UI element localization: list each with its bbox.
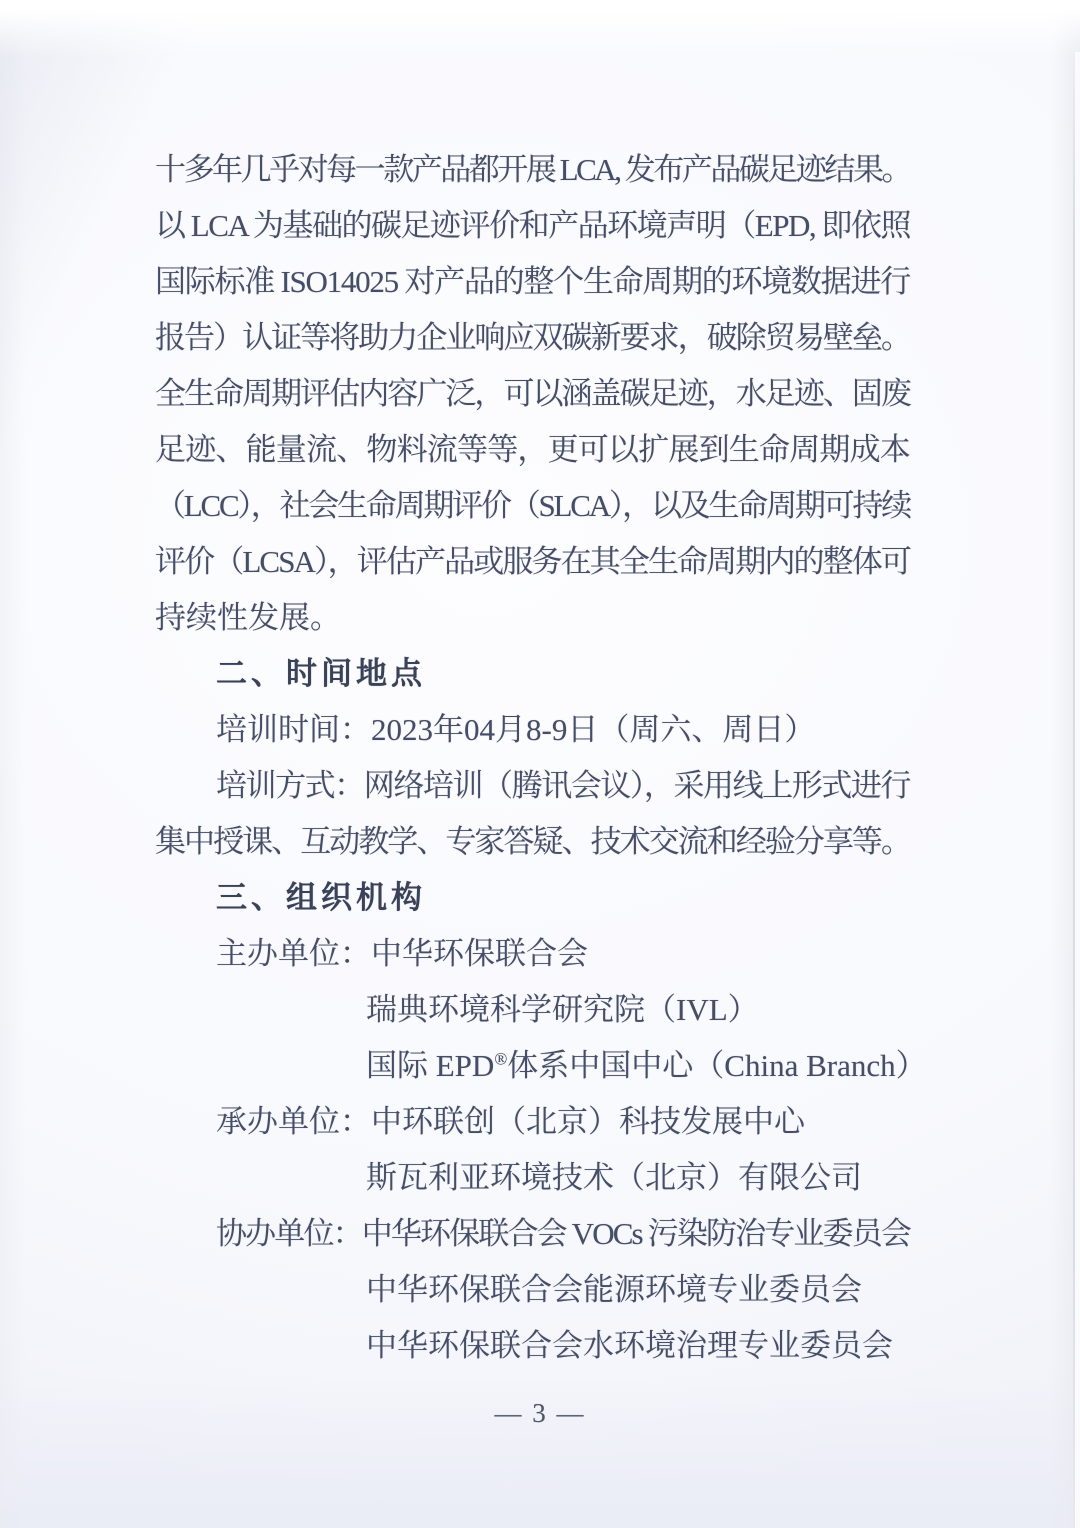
body-text: 足迹、能量流、物料流等等，更可以扩展到生命周期成本 [155,422,910,478]
body-text: 报告）认证等将助力企业响应双碳新要求，破除贸易壁垒。 [155,310,910,366]
body-text: 以 LCA 为基础的碳足迹评价和产品环境声明（EPD, 即依照 [155,198,910,254]
paper-edge-line [1073,52,1075,1528]
epd-prefix: 国际 EPD [366,1038,494,1094]
co-organizer-line: 中华环保联合会能源环境专业委员会 [366,1262,910,1318]
body-text-line: 以 LCA 为基础的碳足迹评价和产品环境声明（EPD, 即依照 [155,198,910,254]
co-organizer-line: 协办单位：中华环保联合会 VOCs 污染防治专业委员会 [216,1206,910,1262]
epd-suffix: 体系中国中心（China Branch） [507,1048,926,1083]
host-organization-line: 瑞典环境科学研究院（IVL） [366,982,910,1038]
organizer-line: 承办单位：中环联创（北京）科技发展中心 [216,1094,910,1150]
body-text: 集中授课、互动教学、专家答疑、技术交流和经验分享等。 [155,814,910,870]
section-heading-organizations: 三、组织机构 [216,870,910,926]
body-text-line: 评价（LCSA），评估产品或服务在其全生命周期内的整体可 [155,534,910,590]
body-text: 全生命周期评估内容广泛，可以涵盖碳足迹，水足迹、固废 [155,366,910,422]
body-text-line: 十多年几乎对每一款产品都开展 LCA, 发布产品碳足迹结果。 [155,142,910,198]
training-method-line: 培训方式：网络培训（腾讯会议），采用线上形式进行 [216,758,910,814]
body-text: 评价（LCSA），评估产品或服务在其全生命周期内的整体可 [155,534,910,590]
body-text-line: 国际标准 ISO14025 对产品的整个生命周期的环境数据进行 [155,254,910,310]
body-text-line: （LCC），社会生命周期评价（SLCA），以及生命周期可持续 [155,478,910,534]
body-text: 十多年几乎对每一款产品都开展 LCA, 发布产品碳足迹结果。 [155,142,910,198]
registered-trademark-symbol: ® [494,1050,507,1069]
body-text-line: 报告）认证等将助力企业响应双碳新要求，破除贸易壁垒。 [155,310,910,366]
body-text-line: 全生命周期评估内容广泛，可以涵盖碳足迹，水足迹、固废 [155,366,910,422]
host-organization-line: 主办单位：中华环保联合会 [216,926,910,982]
body-text: 协办单位：中华环保联合会 VOCs 污染防治专业委员会 [216,1206,910,1262]
document-body: 十多年几乎对每一款产品都开展 LCA, 发布产品碳足迹结果。 以 LCA 为基础… [155,142,910,1374]
paper-right-margin [1075,52,1080,1528]
body-text: 国际标准 ISO14025 对产品的整个生命周期的环境数据进行 [155,254,910,310]
organizer-line: 斯瓦利亚环境技术（北京）有限公司 [366,1150,910,1206]
body-text: （LCC），社会生命周期评价（SLCA），以及生命周期可持续 [155,478,910,534]
co-organizer-line: 中华环保联合会水环境治理专业委员会 [366,1318,910,1374]
host-organization-line-epd: 国际 EPD®体系中国中心（China Branch） [366,1038,910,1094]
body-text: 培训方式：网络培训（腾讯会议），采用线上形式进行 [216,758,910,814]
training-method-line-continued: 集中授课、互动教学、专家答疑、技术交流和经验分享等。 [155,814,910,870]
page-number: — 3 — [0,1398,1080,1429]
section-heading-time-location: 二、时间地点 [216,646,910,702]
body-text-line: 持续性发展。 [155,590,910,646]
body-text-line: 足迹、能量流、物料流等等，更可以扩展到生命周期成本 [155,422,910,478]
scanned-document-page: 十多年几乎对每一款产品都开展 LCA, 发布产品碳足迹结果。 以 LCA 为基础… [0,0,1080,1528]
training-time-line: 培训时间：2023年04月8-9日（周六、周日） [216,702,910,758]
